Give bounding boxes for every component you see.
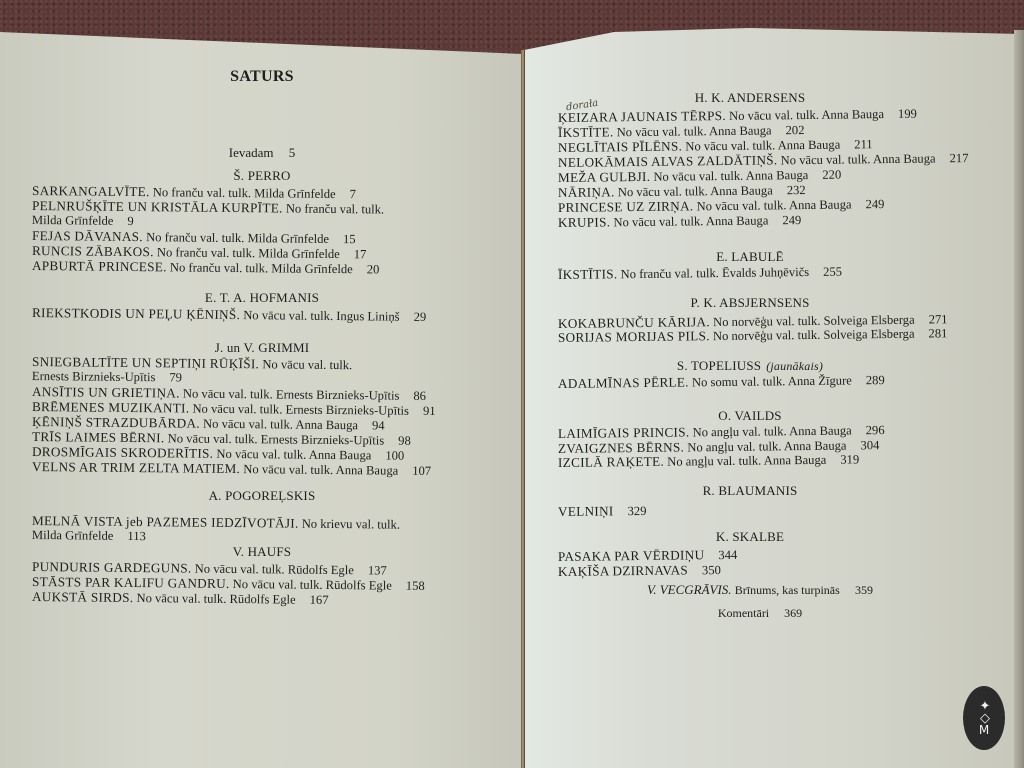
entry-translator: No vācu val. tulk. Anna Bauga [216, 447, 371, 463]
entry-translator: No vācu val. tulk. Anna Bauga [243, 462, 398, 478]
entry-title: AUKSTĀ SIRDS. [32, 589, 134, 605]
entry-page: 369 [784, 606, 802, 620]
entry-title: PUNDURIS GARDEGUNS. [32, 559, 192, 576]
entry-page: 199 [898, 107, 917, 121]
author-name: V. HAUFS [233, 544, 291, 559]
toc-entry-intro: Ievadam 5 [0, 145, 524, 161]
toc-entry-comments: Komentāri 369 [600, 606, 920, 621]
entry-title: APBURTĀ PRINCESE. [32, 258, 167, 274]
entry-translator: No vācu val. tulk. Ingus Liniņš [243, 308, 399, 324]
author-name: R. BLAUMANIS [703, 483, 798, 498]
entry-page: 255 [823, 265, 842, 279]
entry-page: 20 [367, 262, 380, 276]
toc-entry-afterword: V. VECGRĀVIS. Brīnums, kas turpinās 359 [600, 582, 920, 598]
afterword-author: V. VECGRĀVIS. [647, 582, 732, 597]
entry-translator: No angļu val. tulk. Anna Bauga [667, 453, 826, 469]
entry-translator: No franču val. tulk. Milda Grīnfelde [157, 245, 340, 261]
entry-translator: No franču val. tulk. Ēvalds Juhņēvičs [621, 265, 810, 281]
entry-page: 167 [310, 593, 329, 607]
entry-page: 158 [406, 579, 425, 593]
entry-title: ĶEIZARA JAUNAIS TĒRPS. [558, 108, 726, 125]
entry-translator: No franču val. tulk. Milda Grīnfelde [170, 260, 353, 276]
author-heading: E. LABULĒ [560, 249, 940, 265]
entry-title: LAIMĪGAIS PRINCIS. [558, 424, 690, 441]
entry-page: 86 [413, 389, 426, 403]
entry-title: Ievadam [229, 145, 274, 160]
author-name: O. VAILDS [718, 408, 781, 423]
author-name: P. K. ABSJERNSENS [691, 295, 810, 310]
entry-title: NĀRIŅA. [558, 184, 615, 200]
entry-title: MEŽA GULBJI. [558, 169, 650, 185]
author-heading: A. POGOREĻSKIS [0, 488, 524, 504]
entry-page: 296 [866, 423, 885, 437]
author-heading: P. K. ABSJERNSENS [560, 295, 940, 311]
author-heading: K. SKALBE [560, 529, 940, 545]
entry-page: 220 [822, 168, 841, 182]
entry-page: 304 [860, 438, 879, 452]
entry-translator: No vācu val. tulk. [262, 357, 352, 372]
entry-translator: No vācu val. tulk. Rūdolfs Egle [136, 591, 295, 607]
entry-page: 359 [855, 583, 873, 597]
entry-page: 17 [354, 247, 367, 261]
author-name: S. TOPELIUSS [677, 358, 761, 373]
entry-page: 100 [385, 449, 404, 463]
entry-translator-name: Milda Grīnfelde [32, 528, 114, 543]
entry-title: FEJAS DĀVANAS. [32, 228, 143, 244]
entry-page: 329 [627, 504, 646, 518]
entry-page: 271 [929, 312, 948, 326]
entry-translator: No vācu val. tulk. Anna Bauga [617, 123, 772, 139]
entry-title: Komentāri [718, 606, 769, 620]
toc-entry: MELNĀ VISTA jeb PAZEMES IEDZĪVOTĀJI. No … [32, 514, 400, 546]
entry-translator: No vācu val. tulk. Anna Bauga [203, 417, 358, 433]
author-heading: Š. PERRO [0, 168, 524, 184]
entry-title: ĪKSTĪTE. [558, 124, 614, 140]
entry-translator: No vācu val. tulk. Anna Bauga [613, 213, 768, 229]
toc-entry: VELNIŅI329 [558, 504, 647, 519]
author-name: H. K. ANDERSENS [695, 90, 806, 105]
toc-entry: KAĶĪŠA DZIRNAVAS350 [558, 563, 721, 579]
author-name: A. POGOREĻSKIS [209, 488, 316, 503]
entry-title: SARKANGALVĪTE. [32, 183, 150, 199]
entry-title: ADALMĪNAS PĒRLE. [558, 374, 689, 391]
entry-title: PASAKA PAR VĒRDIŅU [558, 547, 705, 564]
entry-title: KAĶĪŠA DZIRNAVAS [558, 562, 688, 579]
toc-entry: KRUPIS. No vācu val. tulk. Anna Bauga249 [558, 213, 801, 230]
author-name: E. T. A. HOFMANIS [205, 290, 319, 305]
entry-title: ANSĪTIS UN GRIETIŅA. [32, 384, 180, 400]
author-heading: E. T. A. HOFMANIS [0, 290, 524, 306]
author-heading: V. HAUFS [0, 544, 524, 560]
entry-page: 94 [372, 418, 385, 432]
entry-page: 9 [127, 214, 133, 228]
page-edge [1014, 30, 1024, 768]
author-heading: O. VAILDS [560, 408, 940, 424]
entry-title: IZCILĀ RAĶETE. [558, 454, 664, 470]
entry-page: 350 [702, 563, 721, 577]
entry-title: ĪKSTĪTIS. [558, 266, 618, 282]
entry-title: NELOKĀMAIS ALVAS ZALDĀTIŅŠ. [558, 152, 778, 170]
entry-title: KRUPIS. [558, 214, 610, 230]
author-heading: H. K. ANDERSENS [560, 90, 940, 106]
entry-title: NEGLĪTAIS PĪLĒNS. [558, 139, 682, 155]
entry-translator: No franču val. tulk. Milda Grīnfelde [146, 230, 329, 246]
entry-page: 7 [350, 187, 356, 201]
toc-entry: NĀRIŅA. No vācu val. tulk. Anna Bauga232 [558, 183, 806, 200]
toc-title: SATURS [0, 68, 524, 86]
entry-translator: No norvēģu val. tulk. Solveiga Elsberga [713, 327, 915, 343]
author-heading: R. BLAUMANIS [560, 483, 940, 499]
entry-page: 249 [865, 197, 884, 211]
entry-title: TRĪS LAIMES BĒRNI. [32, 429, 165, 445]
entry-page: 319 [840, 452, 859, 466]
toc-entry: SNIEGBALTĪTE UN SEPTIŅI RŪĶĪŠI. No vācu … [32, 355, 352, 386]
entry-translator: No krievu val. tulk. [302, 517, 400, 532]
author-name: Š. PERRO [233, 168, 290, 183]
author-heading: S. TOPELIUSS(jaunākais) [560, 358, 940, 374]
entry-translator: No vācu val. tulk. Anna Bauga [729, 107, 884, 123]
entry-page: 249 [782, 213, 801, 227]
entry-translator: No vācu val. tulk. Ernests Birznieks-Upī… [183, 387, 400, 403]
logo-letter: M [979, 724, 989, 736]
entry-title: BRĒMENES MUZIKANTI. [32, 399, 190, 416]
watermark-logo: ✦ ◇ M [963, 686, 1005, 750]
entry-page: 98 [398, 434, 411, 448]
entry-page: 91 [423, 404, 436, 418]
entry-title: PRINCESE UZ ZIRŅA. [558, 198, 694, 215]
entry-translator: No somu val. tulk. Anna Žīgure [692, 373, 852, 389]
entry-page: 29 [414, 310, 427, 324]
entry-translator: No franču val. tulk. [286, 202, 384, 217]
entry-page: 5 [289, 145, 296, 160]
entry-title: SORIJAS MORIJAS PILS. [558, 328, 710, 345]
author-name: K. SKALBE [716, 529, 784, 544]
afterword-title: Brīnums, kas turpinās [735, 583, 840, 597]
entry-title: VELNS AR TRIM ZELTA MATIEM. [32, 459, 240, 476]
entry-page: 232 [787, 183, 806, 197]
entry-title: RIEKSTKODIS UN PEĻU ĶĒNIŅŠ. [32, 305, 240, 322]
entry-translator: No vācu val. tulk. Rūdolfs Egle [233, 577, 392, 593]
entry-translator: No vācu val. tulk. Anna Bauga [653, 168, 808, 184]
entry-translator: No vācu val. tulk. Anna Bauga [618, 183, 773, 199]
author-name: J. un V. GRIMMI [215, 340, 310, 355]
entry-translator-name: Ernests Birznieks-Upītis [32, 369, 156, 384]
toc-entry: AUKSTĀ SIRDS. No vācu val. tulk. Rūdolfs… [32, 590, 329, 607]
entry-title: ĶĒNIŅŠ STRAZDUBĀRDA. [32, 414, 200, 431]
entry-page: 211 [854, 137, 873, 151]
entry-translator: No vācu val. tulk. Anna Bauga [697, 197, 852, 213]
toc-entry: PELNRUŠĶĪTE UN KRISTĀLA KURPĪTE. No fran… [32, 199, 384, 231]
entry-translator-name: Milda Grīnfelde [32, 213, 114, 228]
entry-translator: No vācu val. tulk. Ernests Birznieks-Upī… [192, 402, 409, 418]
entry-page: 107 [412, 464, 431, 478]
entry-page: 281 [928, 326, 947, 340]
entry-title: VELNIŅI [558, 503, 614, 519]
entry-page: 289 [866, 373, 885, 387]
toc-entry: PASAKA PAR VĒRDIŅU344 [558, 548, 737, 564]
author-note: (jaunākais) [766, 359, 823, 373]
entry-page: 113 [127, 529, 146, 543]
entry-translator: No angļu val. tulk. Anna Bauga [692, 423, 851, 439]
entry-translator: No vācu val. tulk. Anna Bauga [781, 151, 936, 167]
toc-entry: ĪKSTĪTE. No vācu val. tulk. Anna Bauga20… [558, 123, 805, 140]
entry-page: 217 [949, 151, 968, 165]
entry-translator: No vācu val. tulk. Anna Bauga [685, 138, 840, 154]
entry-page: 15 [343, 232, 356, 246]
entry-page: 202 [786, 123, 805, 137]
entry-title: RUNCIS ZĀBAKOS. [32, 243, 154, 259]
author-name: E. LABULĒ [716, 249, 784, 264]
entry-page: 137 [368, 563, 387, 577]
entry-page: 344 [718, 548, 737, 562]
entry-page: 79 [169, 370, 182, 384]
